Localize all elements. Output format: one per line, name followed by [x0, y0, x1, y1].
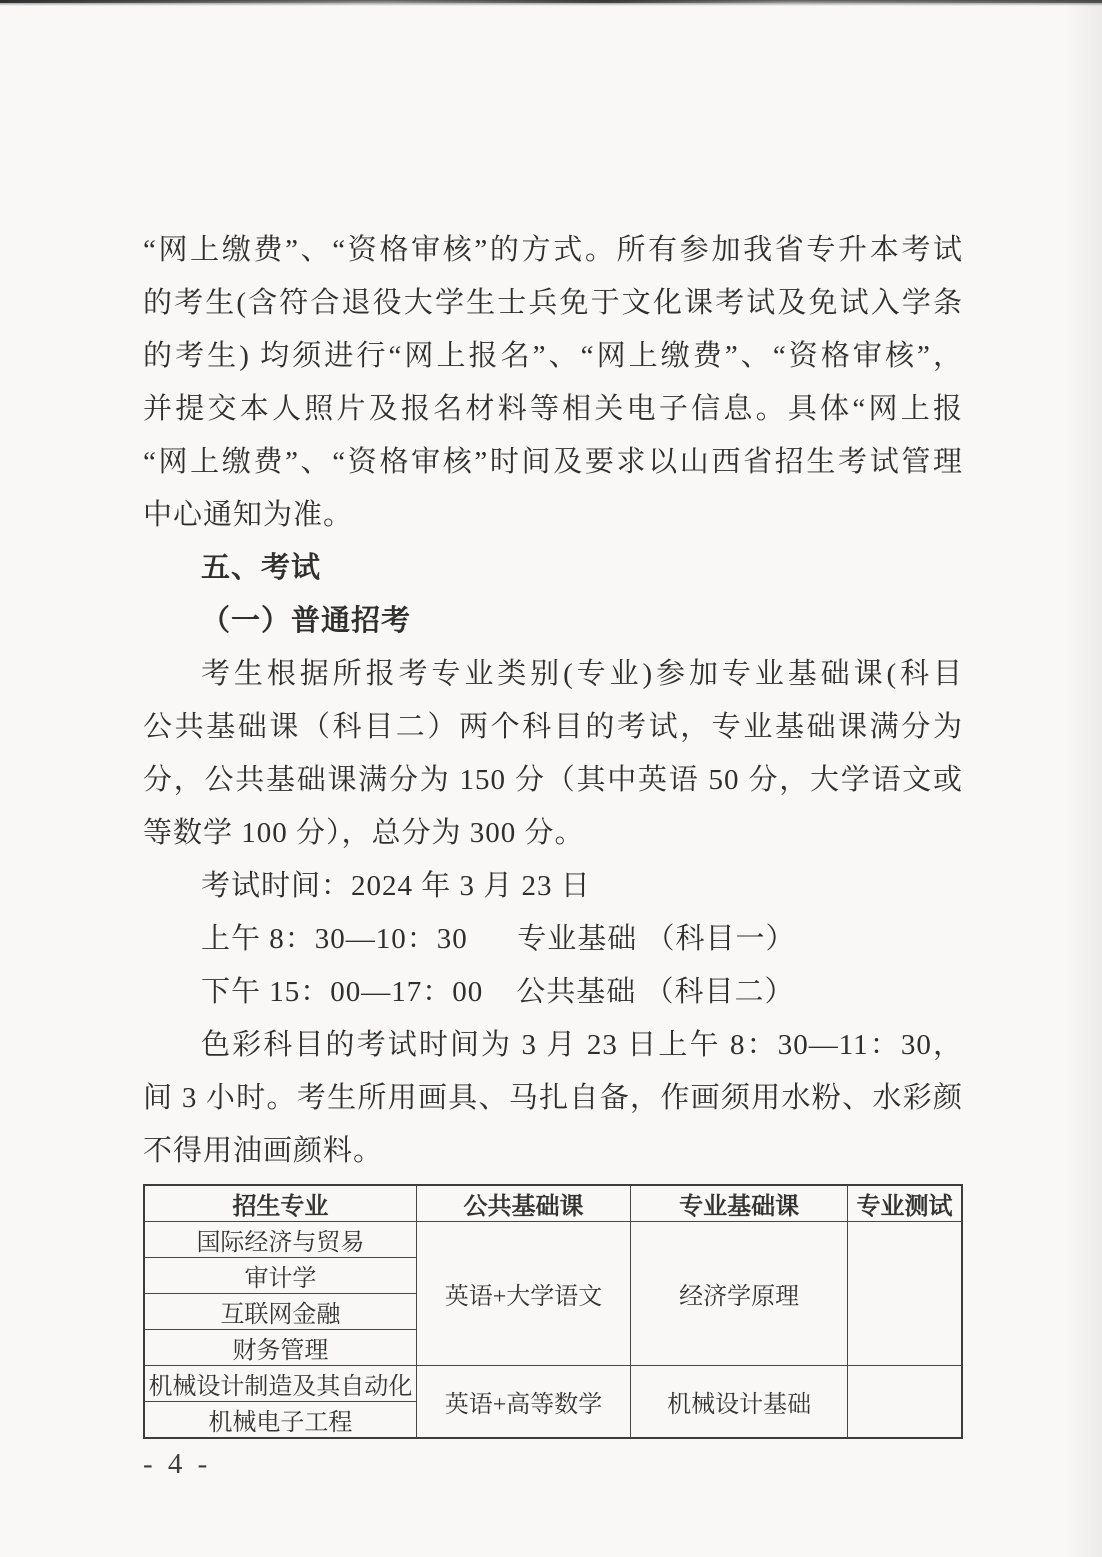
table-header-row: 招生专业 公共基础课 专业基础课 专业测试 [144, 1185, 962, 1222]
body-line: 的考生(含符合退役大学生士兵免于文化课考试及免试入学条件 [143, 277, 963, 330]
scan-artifact-top-edge [0, 0, 1102, 6]
subsection-heading: （一）普通招考 [143, 595, 963, 648]
body-line: 间 3 小时。考生所用画具、马扎自备，作画须用水粉、水彩颜料， [143, 1072, 963, 1125]
major-cell: 机械设计制造及其自动化 [144, 1366, 416, 1402]
body-line: 不得用油画颜料。 [143, 1125, 963, 1178]
col-header-public-course: 公共基础课 [416, 1185, 630, 1222]
body-line: 色彩科目的考试时间为 3 月 23 日上午 8：30—11：30，时 [143, 1019, 963, 1072]
major-cell: 财务管理 [144, 1330, 416, 1366]
body-line: 中心通知为准。 [143, 489, 963, 542]
major-cell: 国际经济与贸易 [144, 1222, 416, 1258]
major-cell: 机械电子工程 [144, 1402, 416, 1439]
col-header-major-test: 专业测试 [847, 1185, 962, 1222]
schedule-line-pm: 下午 15：00—17：00 公共基础 （科目二） [143, 966, 963, 1019]
body-line: 并提交本人照片及报名材料等相关电子信息。具体“网上报名”、 [143, 383, 963, 436]
public-course-cell: 英语+高等数学 [416, 1366, 630, 1439]
exam-subjects-table: 招生专业 公共基础课 专业基础课 专业测试 国际经济与贸易 英语+大学语文 经济… [143, 1184, 963, 1439]
major-course-cell: 经济学原理 [631, 1222, 848, 1366]
body-line: 的考生) 均须进行“网上报名”、“网上缴费”、“资格审核”， [143, 330, 963, 383]
major-test-cell [847, 1222, 962, 1366]
body-line: “网上缴费”、“资格审核”时间及要求以山西省招生考试管理 [143, 436, 963, 489]
major-cell: 审计学 [144, 1258, 416, 1294]
public-course-cell: 英语+大学语文 [416, 1222, 630, 1366]
body-line: “网上缴费”、“资格审核”的方式。所有参加我省专升本考试 [143, 224, 963, 277]
body-line: 分，公共基础课满分为 150 分（其中英语 50 分，大学语文或高 [143, 754, 963, 807]
col-header-major: 招生专业 [144, 1185, 416, 1222]
body-line: 公共基础课（科目二）两个科目的考试，专业基础课满分为 150 [143, 701, 963, 754]
page-number: - 4 - [143, 1448, 211, 1481]
major-test-cell [847, 1366, 962, 1439]
section-heading: 五、考试 [143, 542, 963, 595]
scan-artifact-right-shade [1062, 0, 1102, 1557]
exam-date-line: 考试时间：2024 年 3 月 23 日 [143, 860, 963, 913]
body-line: 等数学 100 分），总分为 300 分。 [143, 807, 963, 860]
table-row: 国际经济与贸易 英语+大学语文 经济学原理 [144, 1222, 962, 1258]
col-header-major-course: 专业基础课 [631, 1185, 848, 1222]
schedule-line-am: 上午 8：30—10：30 专业基础 （科目一） [143, 913, 963, 966]
document-page: “网上缴费”、“资格审核”的方式。所有参加我省专升本考试 的考生(含符合退役大学… [0, 0, 1102, 1557]
table-row: 机械设计制造及其自动化 英语+高等数学 机械设计基础 [144, 1366, 962, 1402]
major-cell: 互联网金融 [144, 1294, 416, 1330]
document-content: “网上缴费”、“资格审核”的方式。所有参加我省专升本考试 的考生(含符合退役大学… [143, 224, 963, 1439]
body-line: 考生根据所报考专业类别(专业)参加专业基础课(科目一)、 [143, 648, 963, 701]
major-course-cell: 机械设计基础 [631, 1366, 848, 1439]
